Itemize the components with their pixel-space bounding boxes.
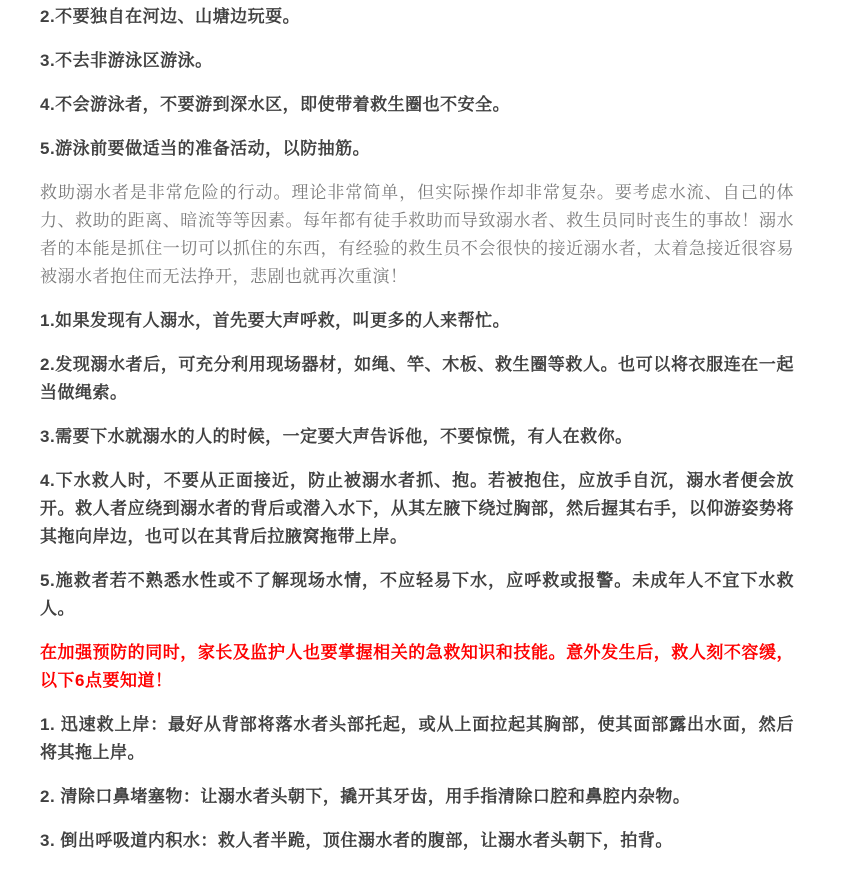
paragraph: 2.不要独自在河边、山塘边玩耍。 [40,3,794,31]
paragraph: 2.发现溺水者后，可充分利用现场器材，如绳、竿、木板、救生圈等救人。也可以将衣服… [40,351,794,407]
paragraph: 3.需要下水就溺水的人的时候，一定要大声告诉他，不要惊慌，有人在救你。 [40,423,794,451]
article-body: 2.不要独自在河边、山塘边玩耍。3.不去非游泳区游泳。4.不会游泳者，不要游到深… [0,0,844,855]
paragraph: 救助溺水者是非常危险的行动。理论非常简单，但实际操作却非常复杂。要考虑水流、自己… [40,179,794,291]
paragraph: 1.如果发现有人溺水，首先要大声呼救，叫更多的人来帮忙。 [40,307,794,335]
paragraph: 5.游泳前要做适当的准备活动，以防抽筋。 [40,135,794,163]
paragraph: 2. 清除口鼻堵塞物：让溺水者头朝下，撬开其牙齿，用手指清除口腔和鼻腔内杂物。 [40,783,794,811]
paragraph: 4.下水救人时，不要从正面接近，防止被溺水者抓、抱。若被抱住，应放手自沉，溺水者… [40,467,794,551]
paragraph: 3. 倒出呼吸道内积水：救人者半跪，顶住溺水者的腹部，让溺水者头朝下，拍背。 [40,827,794,855]
paragraph: 5.施救者若不熟悉水性或不了解现场水情，不应轻易下水，应呼救或报警。未成年人不宜… [40,567,794,623]
paragraph: 在加强预防的同时，家长及监护人也要掌握相关的急救知识和技能。意外发生后，救人刻不… [40,639,794,695]
paragraph: 4.不会游泳者，不要游到深水区，即使带着救生圈也不安全。 [40,91,794,119]
paragraph: 1. 迅速救上岸：最好从背部将落水者头部托起，或从上面拉起其胸部，使其面部露出水… [40,711,794,767]
paragraph: 3.不去非游泳区游泳。 [40,47,794,75]
